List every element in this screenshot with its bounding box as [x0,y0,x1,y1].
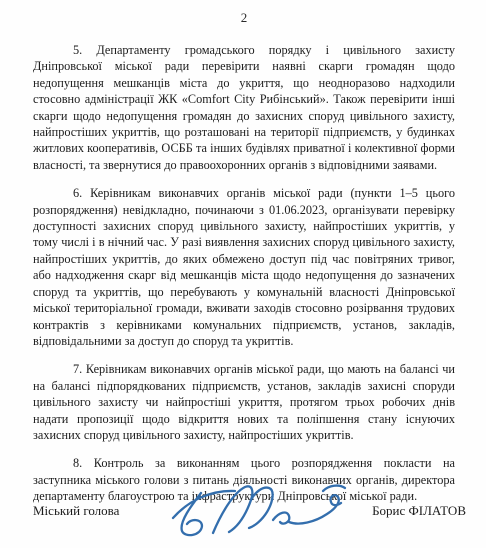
page-number: 2 [33,10,455,26]
paragraph-8: 8. Контроль за виконанням цього розпоряд… [33,455,455,504]
paragraph-6: 6. Керівникам виконавчих органів міської… [33,185,455,349]
signature-block: Міський голова Борис ФІЛАТОВ [33,503,466,519]
paragraph-5: 5. Департаменту громадського порядку і ц… [33,42,455,173]
signatory-name: Борис ФІЛАТОВ [372,503,466,519]
document-page: 2 5. Департаменту громадського порядку і… [0,0,486,548]
document-body: 5. Департаменту громадського порядку і ц… [33,42,455,505]
signatory-title: Міський голова [33,503,119,519]
paragraph-7: 7. Керівникам виконавчих органів міської… [33,361,455,443]
